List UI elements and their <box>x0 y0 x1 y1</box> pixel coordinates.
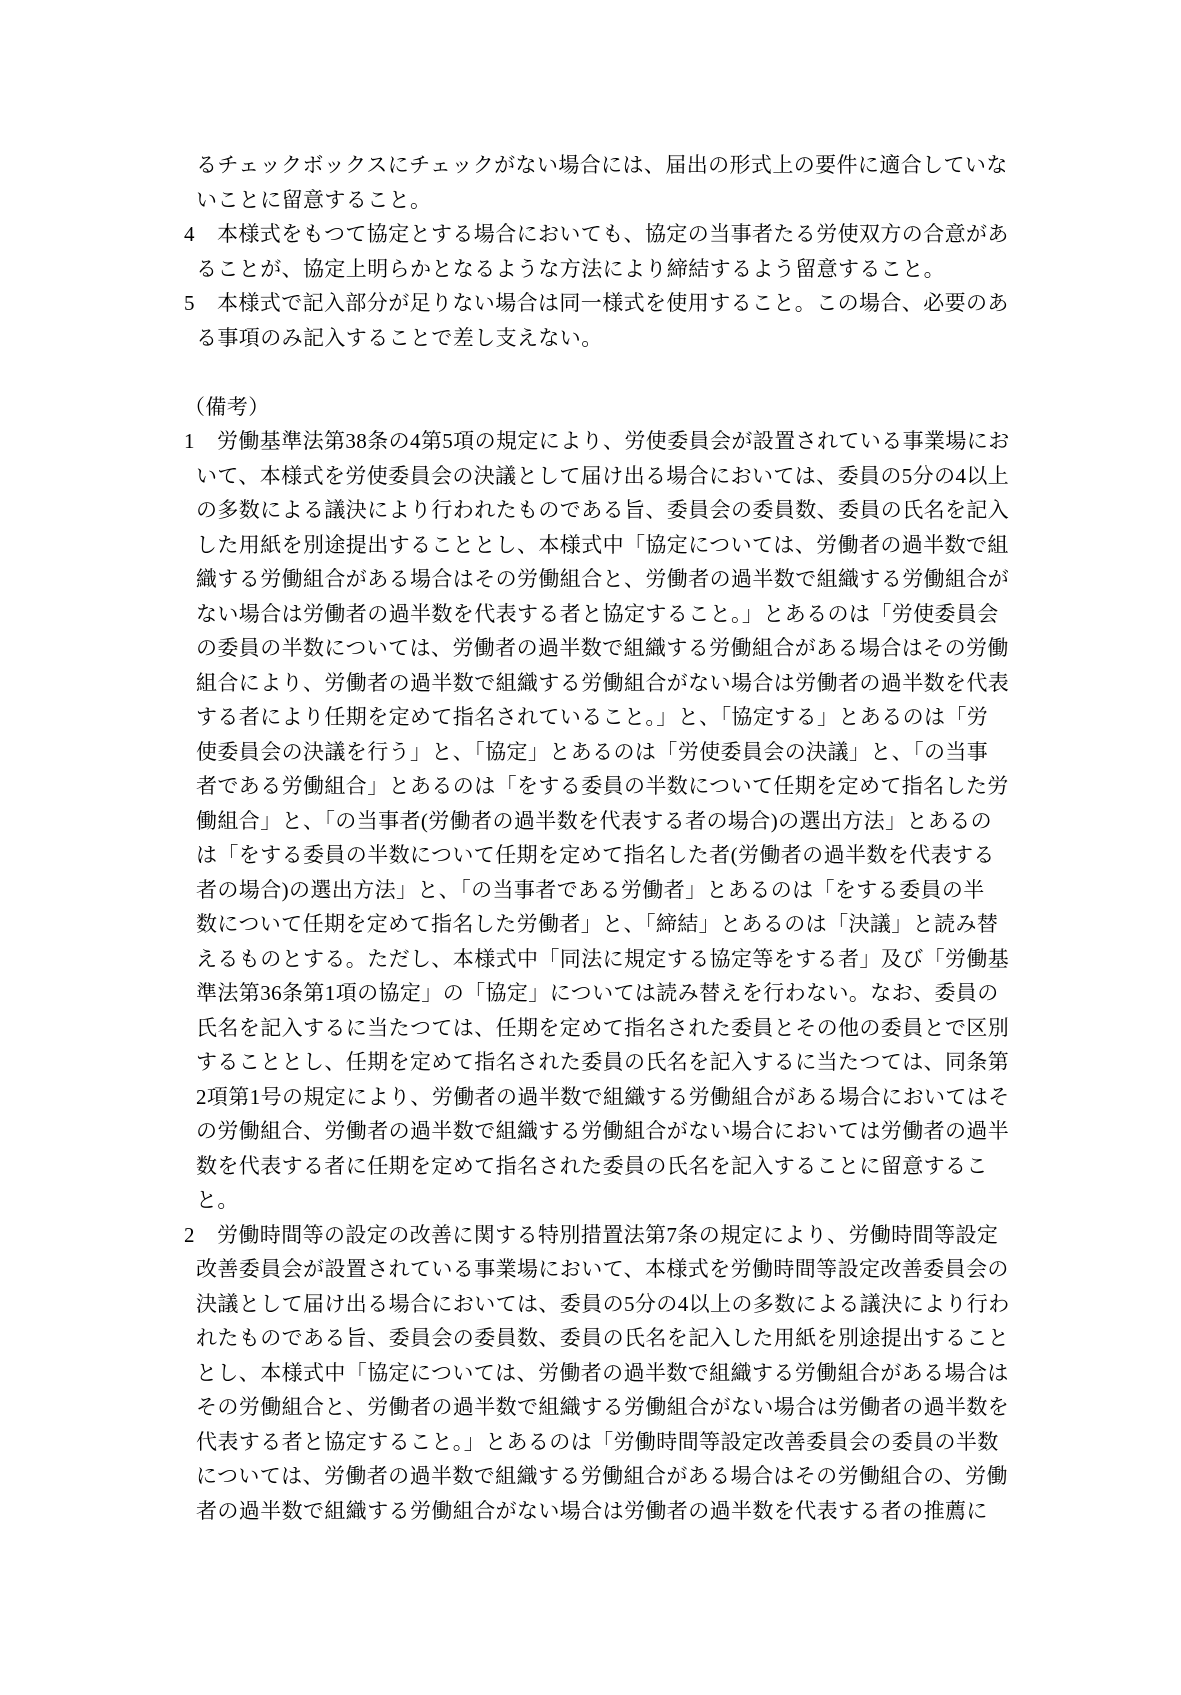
text-line: 数について任期を定めて指名した労働者」と、「締結」とあるのは「決議」と読み替 <box>184 907 1054 942</box>
text-line: いことに留意すること。 <box>184 183 1054 218</box>
item-first-line-text: 労働時間等の設定の改善に関する特別措置法第7条の規定により、労働時間等設定 <box>217 1223 998 1247</box>
item-first-line-text: 本様式をもつて協定とする場合においても、協定の当事者たる労使双方の合意があ <box>217 222 1009 246</box>
item-number: 5 <box>184 286 217 321</box>
text-line: の委員の半数については、労働者の過半数で組織する労働組合がある場合はその労働 <box>184 631 1054 666</box>
text-line: とし、本様式中「協定については、労働者の過半数で組織する労働組合がある場合は <box>184 1356 1054 1391</box>
numbered-note-line: 4本様式をもつて協定とする場合においても、協定の当事者たる労使双方の合意があ <box>184 217 1054 252</box>
text-line: 者の場合)の選出方法」と、「の当事者である労働者」とあるのは「をする委員の半 <box>184 873 1054 908</box>
text-line: 準法第36条第1項の協定」の「協定」については読み替えを行わない。なお、委員の <box>184 976 1054 1011</box>
item-number: 1 <box>184 424 217 459</box>
item-number: 4 <box>184 217 217 252</box>
text-line: 者の過半数で組織する労働組合がない場合は労働者の過半数を代表する者の推薦に <box>184 1494 1054 1529</box>
text-line: えるものとする。ただし、本様式中「同法に規定する協定等をする者」及び「労働基 <box>184 942 1054 977</box>
text-line: ない場合は労働者の過半数を代表する者と協定すること。」とあるのは「労使委員会 <box>184 597 1054 632</box>
text-line: 使委員会の決議を行う」と、「協定」とあるのは「労使委員会の決議」と、「の当事 <box>184 735 1054 770</box>
text-line: した用紙を別途提出することとし、本様式中「協定については、労働者の過半数で組 <box>184 528 1054 563</box>
text-line: と。 <box>184 1183 1054 1218</box>
text-line: の多数による議決により行われたものである旨、委員会の委員数、委員の氏名を記入 <box>184 493 1054 528</box>
text-line: れたものである旨、委員会の委員数、委員の氏名を記入した用紙を別途提出すること <box>184 1321 1054 1356</box>
text-line: 働組合」と、「の当事者(労働者の過半数を代表する者の場合)の選出方法」とあるの <box>184 804 1054 839</box>
document-text-block: るチェックボックスにチェックがない場合には、届出の形式上の要件に適合していないこ… <box>184 148 1054 1528</box>
text-line: 織する労働組合がある場合はその労働組合と、労働者の過半数で組織する労働組合が <box>184 562 1054 597</box>
text-line: るチェックボックスにチェックがない場合には、届出の形式上の要件に適合していな <box>184 148 1054 183</box>
item-number: 2 <box>184 1218 217 1253</box>
text-line: 氏名を記入するに当たつては、任期を定めて指名された委員とその他の委員とで区別 <box>184 1011 1054 1046</box>
text-line: 代表する者と協定すること。」とあるのは「労働時間等設定改善委員会の委員の半数 <box>184 1425 1054 1460</box>
text-line: する者により任期を定めて指名されていること。」と、「協定する」とあるのは「労 <box>184 700 1054 735</box>
text-line: 決議として届け出る場合においては、委員の5分の4以上の多数による議決により行わ <box>184 1287 1054 1322</box>
remarks-item-line: 2労働時間等の設定の改善に関する特別措置法第7条の規定により、労働時間等設定 <box>184 1218 1054 1253</box>
text-line: は「をする委員の半数について任期を定めて指名した者(労働者の過半数を代表する <box>184 838 1054 873</box>
text-line: いて、本様式を労使委員会の決議として届け出る場合においては、委員の5分の4以上 <box>184 459 1054 494</box>
text-line: ることが、協定上明らかとなるような方法により締結するよう留意すること。 <box>184 252 1054 287</box>
text-line: 2項第1号の規定により、労働者の過半数で組織する労働組合がある場合においてはそ <box>184 1080 1054 1115</box>
numbered-note-line: 5本様式で記入部分が足りない場合は同一様式を使用すること。この場合、必要のあ <box>184 286 1054 321</box>
text-line: 改善委員会が設置されている事業場において、本様式を労働時間等設定改善委員会の <box>184 1252 1054 1287</box>
remarks-heading: （備考） <box>184 390 1054 425</box>
item-first-line-text: 労働基準法第38条の4第5項の規定により、労使委員会が設置されている事業場にお <box>217 429 1010 453</box>
text-line: 数を代表する者に任期を定めて指名された委員の氏名を記入することに留意するこ <box>184 1149 1054 1184</box>
text-line: 組合により、労働者の過半数で組織する労働組合がない場合は労働者の過半数を代表 <box>184 666 1054 701</box>
text-line: することとし、任期を定めて指名された委員の氏名を記入するに当たつては、同条第 <box>184 1045 1054 1080</box>
text-line: の労働組合、労働者の過半数で組織する労働組合がない場合においては労働者の過半 <box>184 1114 1054 1149</box>
remarks-item-line: 1労働基準法第38条の4第5項の規定により、労使委員会が設置されている事業場にお <box>184 424 1054 459</box>
text-line: については、労働者の過半数で組織する労働組合がある場合はその労働組合の、労働 <box>184 1459 1054 1494</box>
document-page: るチェックボックスにチェックがない場合には、届出の形式上の要件に適合していないこ… <box>0 0 1181 1695</box>
text-line: 者である労働組合」とあるのは「をする委員の半数について任期を定めて指名した労 <box>184 769 1054 804</box>
text-line: る事項のみ記入することで差し支えない。 <box>184 321 1054 356</box>
blank-line <box>184 355 1054 390</box>
text-line: その労働組合と、労働者の過半数で組織する労働組合がない場合は労働者の過半数を <box>184 1390 1054 1425</box>
item-first-line-text: 本様式で記入部分が足りない場合は同一様式を使用すること。この場合、必要のあ <box>217 291 1009 315</box>
